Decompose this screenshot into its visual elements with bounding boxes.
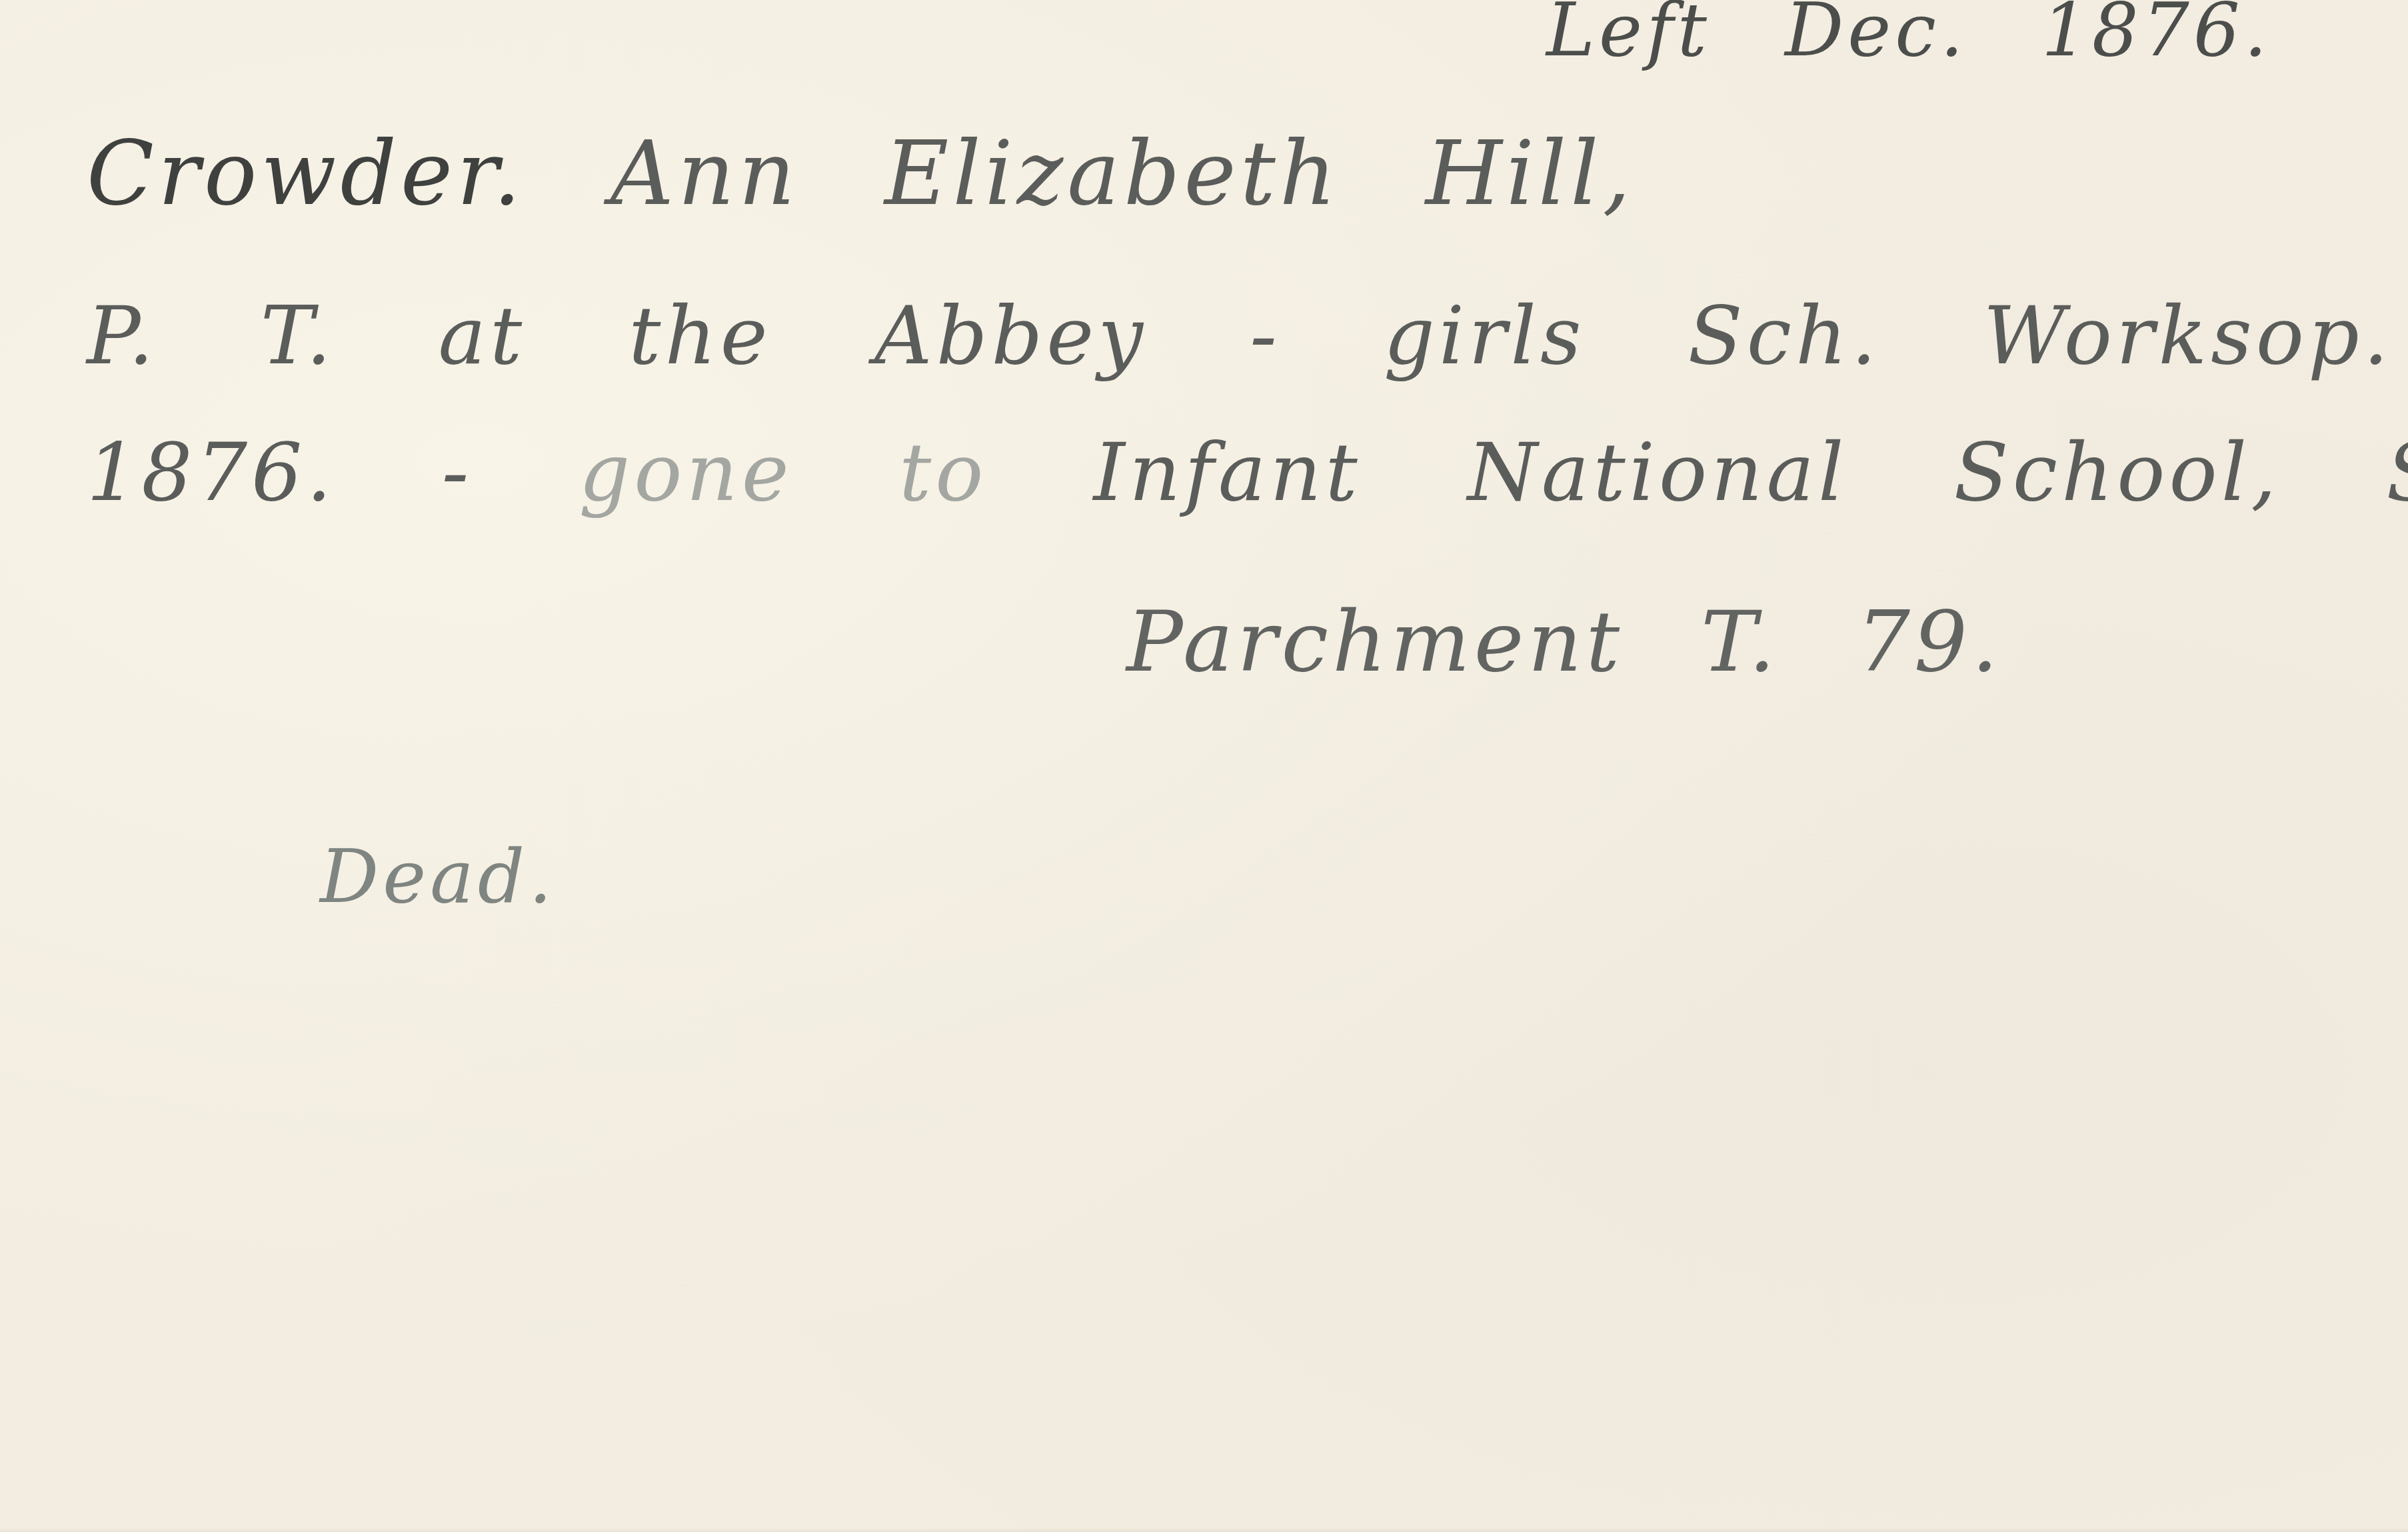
transfer-dash: - (442, 433, 473, 513)
certificate-code: T. 79. (1701, 600, 2002, 684)
appointment-line: P. T. at the Abbey - girls Sch. Worksop.… (87, 297, 2408, 377)
given-name-1: Ann (610, 130, 799, 218)
departure-note: Left Dec. 1876. (1546, 0, 2271, 67)
transfer-school: Infant National School, (1094, 433, 2281, 513)
surname: Crowder. (87, 130, 525, 218)
certificate-label: Parchment (1126, 600, 1624, 684)
preposition: at the (438, 297, 771, 377)
role: P. T. (87, 297, 335, 377)
name-line: Crowder. Ann Elizabeth Hill, (87, 130, 1634, 218)
status-note: Dead. (320, 840, 556, 913)
departure-label: Left (1546, 0, 1711, 67)
transfer-place: Spalding. (2386, 433, 2408, 513)
card-bottom-edge (0, 1528, 2408, 1532)
departure-month: Dec. (1785, 0, 1967, 67)
transfer-line: 1876. - gone to Infant National School, … (87, 433, 2408, 513)
school-name: Abbey - girls Sch. (874, 297, 1880, 377)
certificate-line: Parchment T. 79. (1126, 600, 2002, 684)
transfer-phrase: gone to (579, 433, 987, 513)
departure-year: 1876. (2041, 0, 2271, 67)
transfer-year: 1876. (87, 433, 336, 513)
given-name-3: Hill, (1426, 130, 1635, 218)
given-name-2: Elizabeth (884, 130, 1340, 218)
school-place: Worksop. (1983, 297, 2393, 377)
record-card: Left Dec. 1876. Crowder. Ann Elizabeth H… (0, 0, 2408, 1532)
status-text: Dead. (320, 840, 556, 913)
